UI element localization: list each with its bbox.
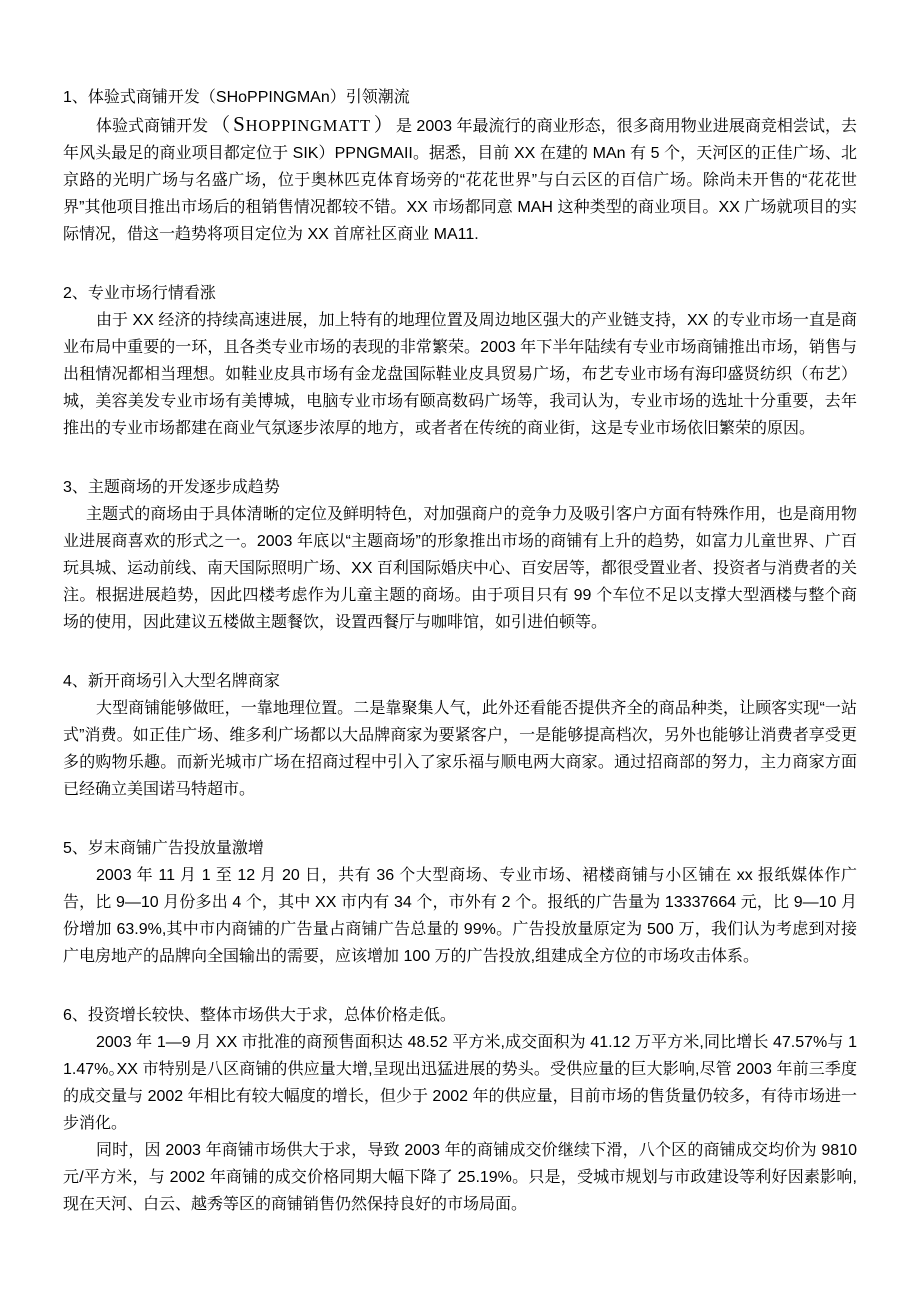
section-2-heading: 2、专业市场行情看涨 (63, 280, 857, 307)
section-1: 1、体验式商铺开发（SHoPPINGMAn）引领潮流 体验式商铺开发（SHOPP… (63, 84, 857, 248)
document-page: 1、体验式商铺开发（SHoPPINGMAn）引领潮流 体验式商铺开发（SHOPP… (0, 0, 920, 1301)
section-6: 6、投资增长较快、整体市场供大于求，总体价格走低。 2003 年 1—9 月 X… (63, 1002, 857, 1218)
section-1-paragraph: 体验式商铺开发（SHOPPINGMATT）是 2003 年最流行的商业形态，很多… (63, 111, 857, 248)
section-4-paragraph: 大型商铺能够做旺，一靠地理位置。二是靠聚集人气，此外还看能否提供齐全的商品种类，… (63, 695, 857, 803)
section-6-paragraph-1: 2003 年 1—9 月 XX 市批准的商预售面积达 48.52 平方米,成交面… (63, 1029, 857, 1137)
section-1-paragraph-lead: 体验式商铺开发 (96, 118, 208, 135)
section-1-heading: 1、体验式商铺开发（SHoPPINGMAn）引领潮流 (63, 84, 857, 111)
section-4-heading: 4、新开商场引入大型名牌商家 (63, 668, 857, 695)
brand-paren-close: ） (371, 115, 396, 136)
section-3-heading: 3、主题商场的开发逐步成趋势 (63, 474, 857, 501)
section-6-heading: 6、投资增长较快、整体市场供大于求，总体价格走低。 (63, 1002, 857, 1029)
section-6-paragraph-2: 同时，因 2003 年商铺市场供大于求，导致 2003 年的商铺成交价继续下滑，… (63, 1137, 857, 1218)
section-3: 3、主题商场的开发逐步成趋势 主题式的商场由于具体清晰的定位及鲜明特色，对加强商… (63, 474, 857, 636)
section-2-paragraph: 由于 XX 经济的持续高速进展，加上特有的地理位置及周边地区强大的产业链支持，X… (63, 307, 857, 442)
document-content: 1、体验式商铺开发（SHoPPINGMAn）引领潮流 体验式商铺开发（SHOPP… (63, 84, 857, 1250)
section-5-paragraph: 2003 年 11 月 1 至 12 月 20 日，共有 36 个大型商场、专业… (63, 862, 857, 970)
section-1-paragraph-body: 是 2003 年最流行的商业形态，很多商用物业进展商竞相尝试，去年风头最足的商业… (63, 118, 857, 243)
section-2: 2、专业市场行情看涨 由于 XX 经济的持续高速进展，加上特有的地理位置及周边地… (63, 280, 857, 442)
section-3-paragraph: 主题式的商场由于具体清晰的定位及鲜明特色，对加强商户的竞争力及吸引客户方面有特殊… (63, 501, 857, 636)
section-4: 4、新开商场引入大型名牌商家 大型商铺能够做旺，一靠地理位置。二是靠聚集人气，此… (63, 668, 857, 803)
brand-paren-open: （ (208, 115, 233, 136)
section-5: 5、岁末商铺广告投放量激增 2003 年 11 月 1 至 12 月 20 日，… (63, 835, 857, 970)
brand-name: SHOPPINGMATT (233, 111, 371, 139)
section-5-heading: 5、岁末商铺广告投放量激增 (63, 835, 857, 862)
